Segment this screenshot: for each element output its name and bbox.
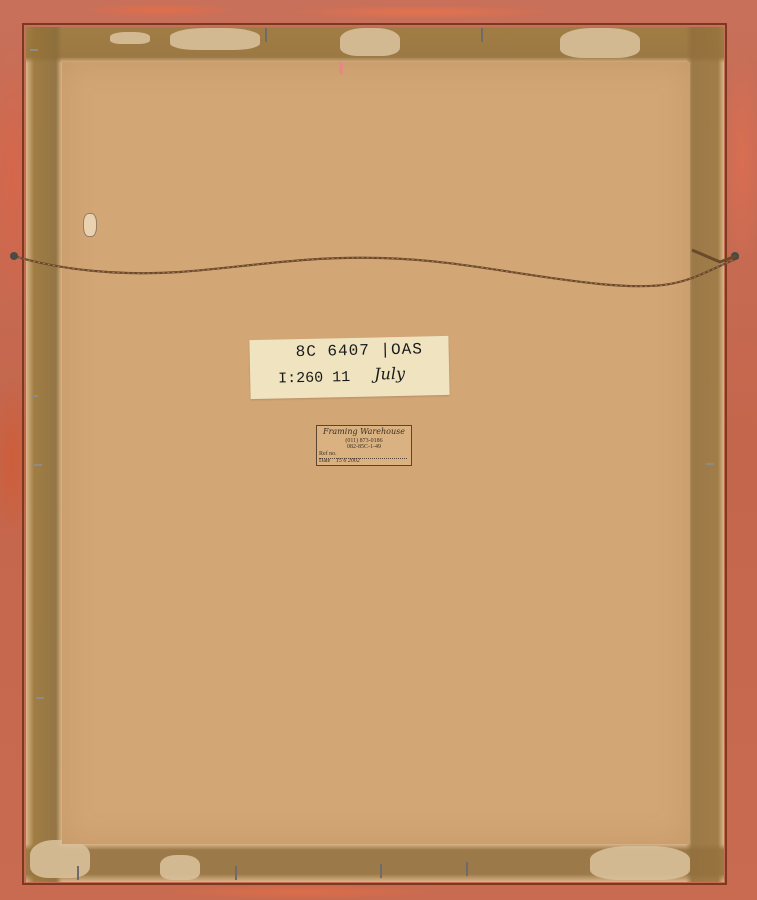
inventory-month: July [374,364,405,384]
tape-wear-patch [340,28,400,56]
staple [706,463,714,465]
frame-nail [481,28,483,42]
frame-nail [77,866,79,880]
frame-nail [466,862,468,876]
staple [34,464,42,466]
stamp-date-field: Date 15 6 2002 [319,458,407,465]
frame-nail [265,28,267,42]
inventory-code: I:260 11 [278,369,350,388]
stamp-date-value: 15 6 2002 [336,458,360,464]
frame-nail [235,866,237,880]
inventory-label: 8C 6407 |OAS I:260 11 July [249,336,449,399]
frame-nail [380,864,382,878]
tape-wear-patch [110,32,150,44]
pink-mark [339,62,343,74]
staple [36,697,44,699]
staple [32,395,38,397]
inventory-number: 8C 6407 |OAS [295,340,423,361]
framer-stamp: Framing Warehouse (011) 873-0186 082-85C… [316,425,412,466]
board-puncture [83,213,97,237]
tape-wear-patch [30,840,90,878]
framer-name: Framing Warehouse [317,427,411,436]
tape-wear-patch [590,846,690,880]
tape-wear-patch [170,28,260,50]
tape-wear-patch [560,28,640,58]
stamp-date-label: Date [319,458,330,464]
staple [30,49,38,51]
tape-wear-patch [160,855,200,880]
framer-phone-2: 082-85C-1-49 [317,444,411,451]
stamp-ref-label: Ref no. [319,451,337,457]
